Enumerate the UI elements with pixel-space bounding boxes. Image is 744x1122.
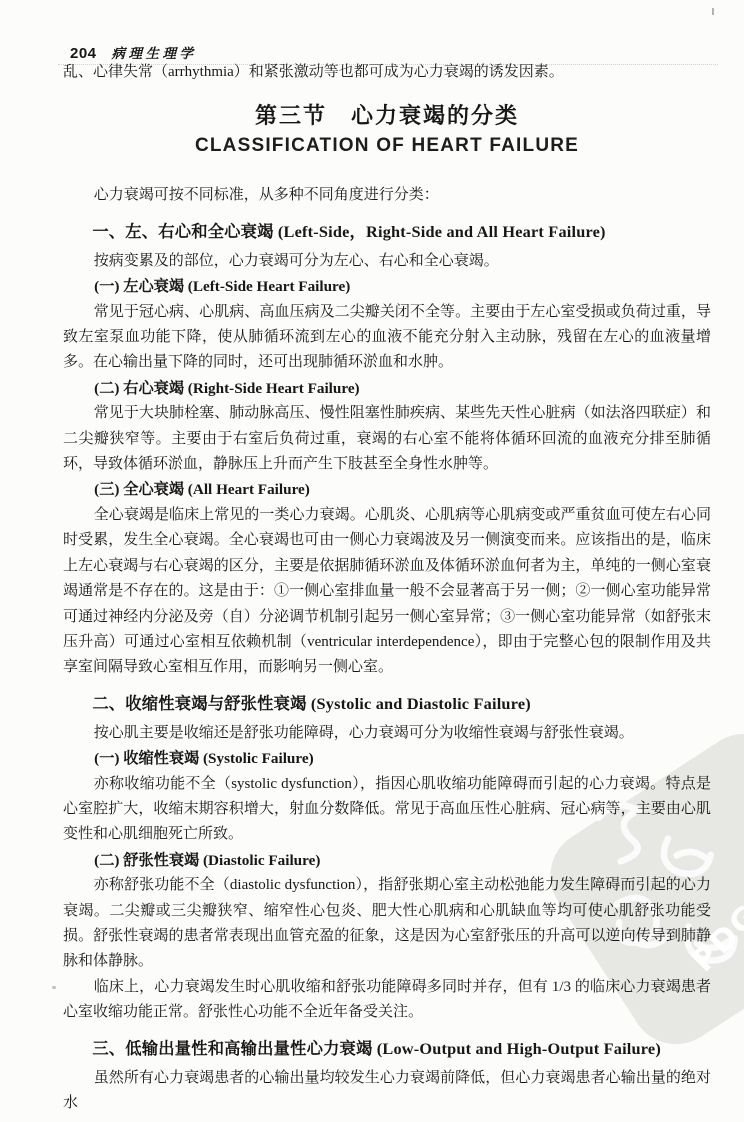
section-1-sub-1-body: 常见于冠心病、心肌病、高血压病及二尖瓣关闭不全等。主要由于左心室受损或负荷过重，… xyxy=(63,300,711,376)
section-2-sub-2-body: 亦称舒张功能不全（diastolic dysfunction），指舒张期心室主动… xyxy=(63,873,711,975)
scan-speck-left-margin xyxy=(52,986,56,989)
section-2-heading: 二、收缩性衰竭与舒张性衰竭 (Systolic and Diastolic Fa… xyxy=(63,691,711,717)
page-content: 乱、心律失常（arrhythmia）和紧张激动等也都可成为心力衰竭的诱发因素。 … xyxy=(63,0,711,1116)
section-2-sub-2-heading: (二) 舒张性衰竭 (Diastolic Failure) xyxy=(63,848,711,873)
section-1-intro: 按病变累及的部位，心力衰竭可分为左心、右心和全心衰竭。 xyxy=(63,249,711,274)
scanned-textbook-page: PDG 204 病理生理学 乱、心律失常（arrhythmia）和紧张激动等也都… xyxy=(0,0,744,1122)
section-1-sub-1-heading: (一) 左心衰竭 (Left-Side Heart Failure) xyxy=(63,274,711,299)
section-2-intro: 按心肌主要是收缩还是舒张功能障碍，心力衰竭可分为收缩性衰竭与舒张性衰竭。 xyxy=(63,721,711,746)
section-1-sub-2-heading: (二) 右心衰竭 (Right-Side Heart Failure) xyxy=(63,376,711,401)
section-2-sub-2-body-2: 临床上，心力衰竭发生时心肌收缩和舒张功能障碍多同时并存，但有 1/3 的临床心力… xyxy=(63,975,711,1026)
section-1-heading: 一、左、右心和全心衰竭 (Left-Side，Right-Side and Al… xyxy=(63,219,711,245)
chapter-title-en: CLASSIFICATION OF HEART FAILURE xyxy=(63,133,711,159)
section-2-sub-1-heading: (一) 收缩性衰竭 (Systolic Failure) xyxy=(63,746,711,771)
continuation-paragraph: 乱、心律失常（arrhythmia）和紧张激动等也都可成为心力衰竭的诱发因素。 xyxy=(63,60,711,85)
section-3-heading: 三、低输出量性和高输出量性心力衰竭 (Low-Output and High-O… xyxy=(63,1036,711,1062)
section-1-sub-3-body: 全心衰竭是临床上常见的一类心力衰竭。心肌炎、心肌病等心肌病变或严重贫血可使左右心… xyxy=(63,503,711,681)
section-1-sub-3-heading: (三) 全心衰竭 (All Heart Failure) xyxy=(63,477,711,502)
lead-paragraph: 心力衰竭可按不同标准，从多种不同角度进行分类： xyxy=(63,183,711,208)
section-1-sub-2-body: 常见于大块肺栓塞、肺动脉高压、慢性阻塞性肺疾病、某些先天性心脏病（如法洛四联症）… xyxy=(63,401,711,477)
chapter-title-cn: 第三节 心力衰竭的分类 xyxy=(63,101,711,131)
scan-speck-top-right xyxy=(712,8,714,15)
section-2-sub-1-body: 亦称收缩功能不全（systolic dysfunction），指因心肌收缩功能障… xyxy=(63,772,711,848)
section-3-intro: 虽然所有心力衰竭患者的心输出量均较发生心力衰竭前降低，但心力衰竭患者心输出量的绝… xyxy=(63,1066,711,1117)
